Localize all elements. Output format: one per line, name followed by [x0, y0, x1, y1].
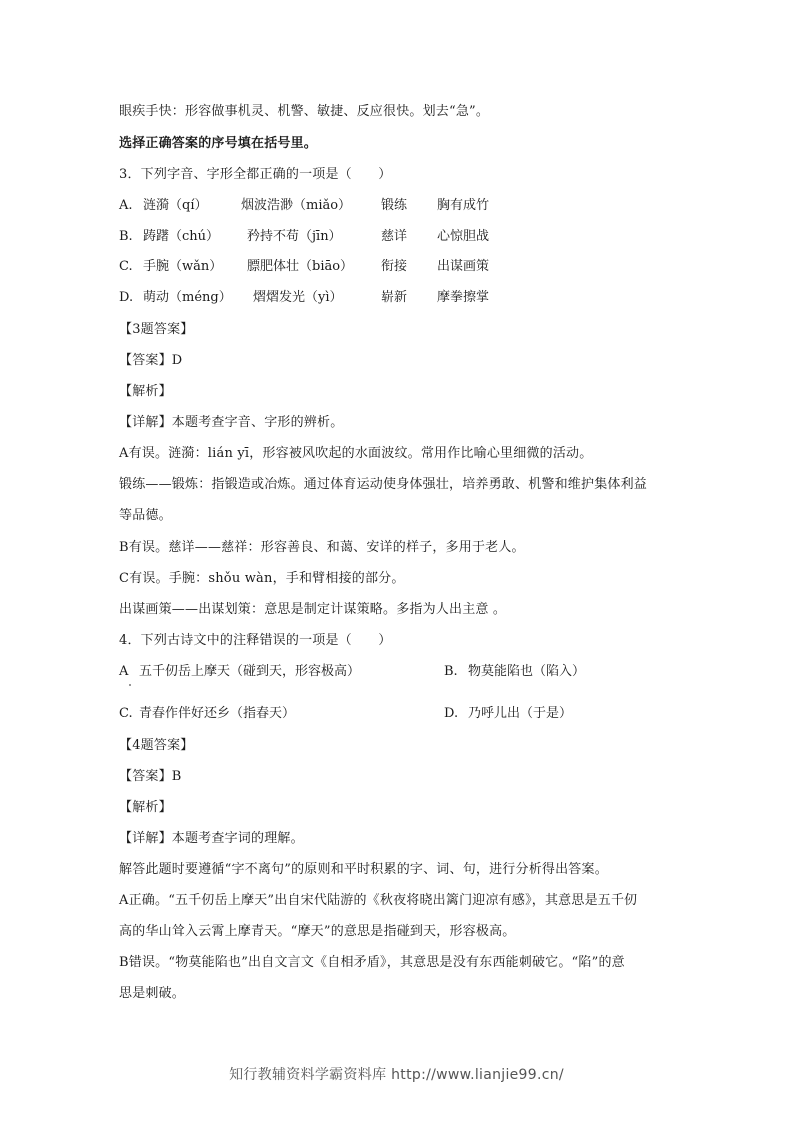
- option-word-2: 矜持不苟（jīn）: [247, 229, 342, 245]
- option-text: 乃呼儿出（于是）: [468, 706, 572, 722]
- q3-answer-title: 【3题答案】: [119, 322, 193, 338]
- option-word-4: 胸有成竹: [437, 198, 489, 214]
- q3-explanation: C有误。手腕：shǒu wàn，手和臂相接的部分。: [119, 571, 405, 587]
- q4-explanation: 思是刺破。: [119, 986, 185, 1002]
- option-word-1: 手腕（wǎn）: [143, 259, 222, 275]
- q4-explanation: B错误。“物莫能陷也”出自文言文《自相矛盾》，其意思是没有东西能刺破它。“陷”的…: [119, 955, 625, 971]
- section-heading: 选择正确答案的序号填在括号里。: [119, 136, 317, 152]
- q3-explanation: B有误。慈详——慈祥：形容善良、和蔼、安详的样子，多用于老人。: [119, 540, 525, 556]
- option-label: A: [119, 664, 128, 680]
- option-label: C.: [119, 259, 133, 275]
- q4-explanation: A正确。“五千仞岳上摩天”出自宋代陆游的《秋夜将晓出篱门迎凉有感》，其意思是五千…: [119, 893, 637, 909]
- document-page: 眼疾手快：形容做事机灵、机警、敏捷、反应很快。划去“急”。 选择正确答案的序号填…: [0, 0, 793, 1122]
- q4-explanation: 高的华山耸入云霄上摩青天。“摩天”的意思是指碰到天，形容极高。: [119, 924, 516, 940]
- q3-answer: 【答案】D: [119, 353, 182, 369]
- option-text: 五千仞岳上摩天（碰到天，形容极高）: [139, 664, 360, 680]
- option-word-3: 崭新: [381, 290, 407, 306]
- option-word-4: 心惊胆战: [437, 229, 489, 245]
- q4-answer: 【答案】B: [119, 769, 182, 785]
- option-label: A.: [119, 198, 133, 214]
- option-word-2: 膘肥体壮（biāo）: [247, 259, 353, 275]
- q3-analysis-title: 【解析】: [119, 384, 172, 400]
- q4-analysis-title: 【解析】: [119, 800, 172, 816]
- option-word-1: 萌动（méng）: [143, 290, 232, 306]
- option-word-2: 熠熠发光（yì）: [253, 290, 343, 306]
- option-word-2: 烟波浩渺（miǎo）: [241, 198, 351, 214]
- intro-line: 眼疾手快：形容做事机灵、机警、敏捷、反应很快。划去“急”。: [119, 104, 489, 120]
- option-text: 青春作伴好还乡（指春天）: [139, 706, 295, 722]
- q3-detail: 【详解】本题考查字音、字形的辨析。: [119, 415, 343, 431]
- q4-stem: 4．下列古诗文中的注释错误的一项是（ ）: [119, 633, 391, 649]
- q4-explanation: 解答此题时要遵循“字不离句”的原则和平时积累的字、词、句，进行分析得出答案。: [119, 862, 608, 878]
- q3-explanation: A有误。涟漪：lián yī，形容被风吹起的水面波纹。常用作比喻心里细微的活动。: [119, 446, 592, 462]
- option-label: C.: [119, 706, 133, 722]
- stray-mark: [129, 684, 131, 686]
- option-label: B.: [444, 664, 458, 680]
- option-label: D.: [444, 706, 458, 722]
- option-word-3: 慈详: [381, 229, 407, 245]
- option-word-4: 摩拳擦掌: [437, 290, 489, 306]
- option-text: 物莫能陷也（陷入）: [468, 664, 585, 680]
- option-word-4: 出谋画策: [437, 259, 489, 275]
- watermark-footer: 知行教辅资料学霸资料库 http://www.lianjie99.cn/: [0, 1064, 793, 1084]
- q3-explanation: 等品德。: [119, 508, 172, 524]
- q4-detail: 【详解】本题考查字词的理解。: [119, 831, 304, 847]
- option-label: B.: [119, 229, 133, 245]
- q4-answer-title: 【4题答案】: [119, 738, 193, 754]
- q3-stem: 3．下列字音、字形全都正确的一项是（ ）: [119, 167, 391, 183]
- option-word-3: 衔接: [381, 259, 407, 275]
- q3-explanation: 出谋画策——出谋划策：意思是制定计谋策略。多指为人出主意 。: [119, 602, 506, 618]
- q3-explanation: 锻练——锻炼：指锻造或冶炼。通过体育运动使身体强壮，培养勇敢、机警和维护集体利益: [119, 477, 647, 493]
- option-word-1: 踌躇（chú）: [143, 229, 219, 245]
- option-word-3: 锻练: [381, 198, 407, 214]
- option-word-1: 涟漪（qí）: [143, 198, 207, 214]
- option-label: D.: [119, 290, 133, 306]
